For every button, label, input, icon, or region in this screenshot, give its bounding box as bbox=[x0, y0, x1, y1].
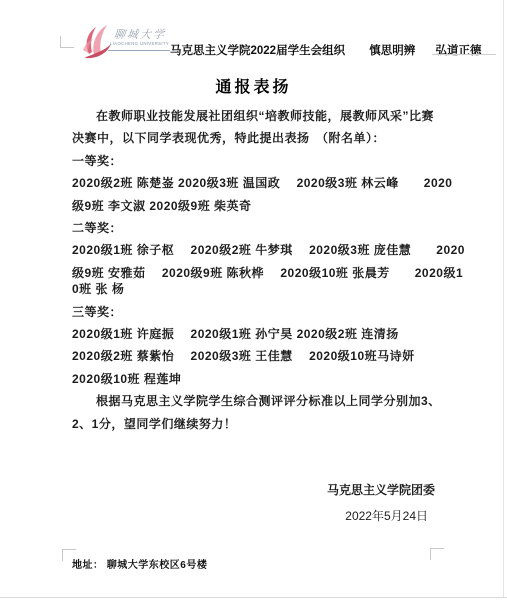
award-list-line: 级9班 安雅茹 2020级9班 陈秋桦 2020级10班 张晨芳 2020级1 bbox=[72, 262, 435, 284]
header-rule bbox=[432, 54, 496, 55]
award-tier-heading: 一等奖： bbox=[72, 150, 435, 172]
page-edge-right bbox=[503, 0, 504, 597]
body-line: 2、1分，望同学们继续努力！ bbox=[72, 413, 435, 435]
page-title: 通报表扬 bbox=[72, 74, 435, 97]
text-boundary-mark-bottom-right bbox=[430, 548, 444, 560]
body-line: 根据马克思主义学院学生综合测评评分标准以上同学分别加3、 bbox=[72, 390, 435, 412]
page-edge-bottom bbox=[0, 597, 507, 598]
header-text-line: 马克思主义学院2022届学生会组织 慎思明辨 弘道正德 bbox=[170, 42, 500, 58]
header-motto-left: 慎思明辨 bbox=[369, 42, 415, 58]
header-organization: 马克思主义学院2022届学生会组织 bbox=[170, 42, 345, 58]
award-list-line: 2020级2班 陈楚崟 2020级3班 温国政 2020级3班 林云峰 2020 bbox=[72, 172, 435, 194]
text-boundary-mark-top-left bbox=[60, 36, 74, 48]
footer-address: 地址： 聊城大学东校区6号楼 bbox=[72, 556, 207, 571]
award-list-line: 2020级1班 徐子枢 2020级2班 牛梦琪 2020级3班 庞佳慧 2020 bbox=[72, 239, 435, 261]
signoff-organization: 马克思主义学院团委 bbox=[327, 481, 435, 498]
signoff-block: 马克思主义学院团委 2022年5月24日 bbox=[327, 481, 435, 524]
document-page: 聊城大学 LIAOCHENG UNIVERSITY 马克思主义学院2022届学生… bbox=[0, 0, 507, 605]
body-line: 决赛中，以下同学表现优秀，特此提出表扬 （附名单）： bbox=[72, 127, 435, 149]
logo-underline bbox=[108, 50, 170, 51]
logo-script-text: 聊城大学 bbox=[113, 26, 167, 42]
signoff-date: 2022年5月24日 bbox=[327, 507, 428, 524]
university-logo: 聊城大学 LIAOCHENG UNIVERSITY bbox=[80, 22, 175, 58]
body-line: 在教师职业技能发展社团组织“培教师技能，展教师风采”比赛 bbox=[72, 105, 435, 127]
award-tier-heading: 二等奖： bbox=[72, 217, 435, 239]
logo-latin-text: LIAOCHENG UNIVERSITY bbox=[110, 42, 169, 46]
document-body: 在教师职业技能发展社团组织“培教师技能，展教师风采”比赛 决赛中，以下同学表现优… bbox=[72, 105, 435, 435]
award-list-line: 2020级2班 蔡紫怡 2020级3班 王佳慧 2020级10班马诗妍 bbox=[72, 345, 435, 367]
award-list-line: 2020级1班 许庭振 2020级1班 孙宁昊 2020级2班 连清扬 bbox=[72, 323, 435, 345]
award-list-line: 级9班 李文淑 2020级9班 柴英奇 bbox=[72, 195, 435, 217]
page-header: 聊城大学 LIAOCHENG UNIVERSITY 马克思主义学院2022届学生… bbox=[0, 0, 507, 60]
award-list-line: 2020级10班 程莲坤 bbox=[72, 368, 435, 390]
award-tier-heading: 三等奖： bbox=[72, 301, 435, 323]
university-logo-icon bbox=[80, 24, 114, 60]
header-motto-right: 弘道正德 bbox=[436, 42, 482, 58]
